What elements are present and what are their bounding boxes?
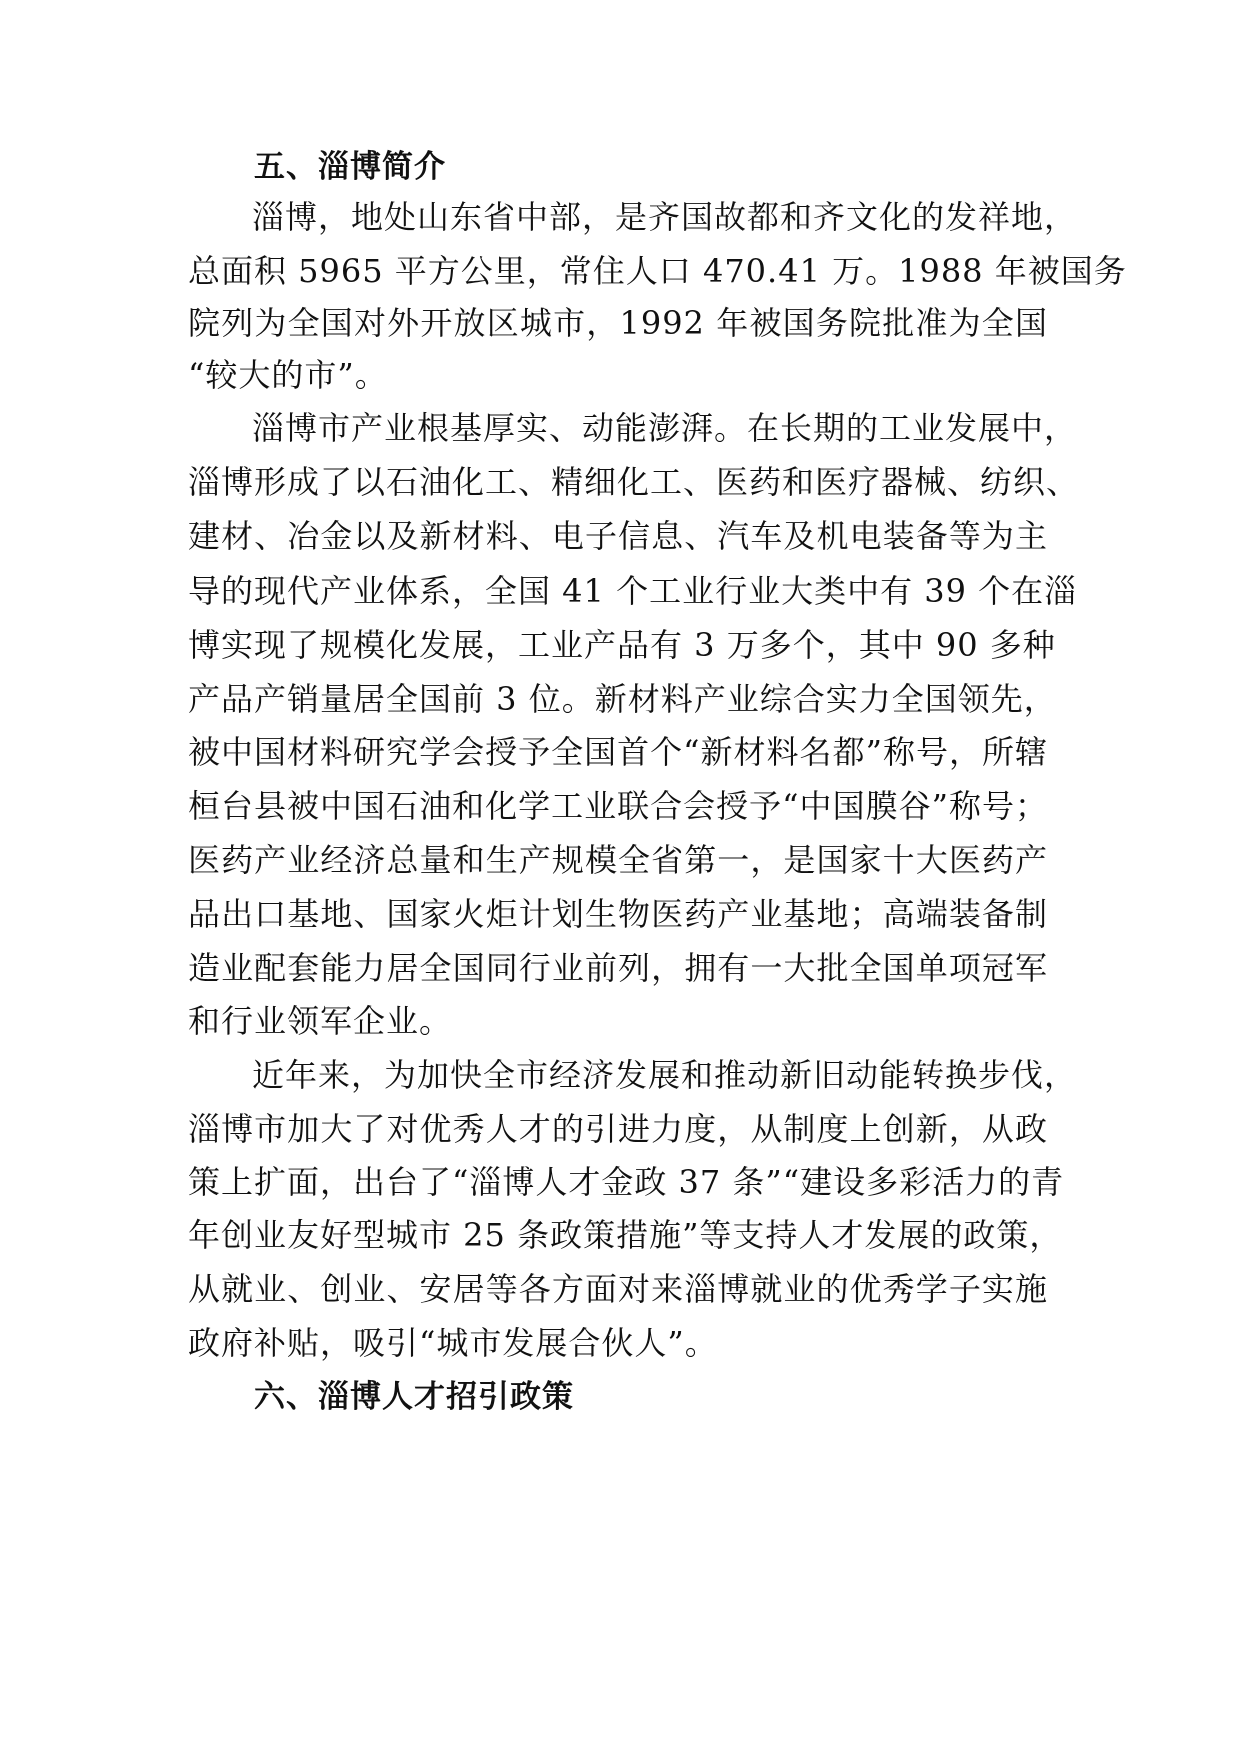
document-page: 五、淄博简介 淄博，地处山东省中部，是齐国故都和齐文化的发祥地， 总面积 596… xyxy=(0,0,1240,1754)
paragraph-1-line-3: 院列为全国对外开放区城市，1992 年被国务院批准为全国 xyxy=(188,298,1048,348)
paragraph-1-line-4: “较大的市”。 xyxy=(188,350,1048,400)
paragraph-3-line-5: 从就业、创业、安居等各方面对来淄博就业的优秀学子实施 xyxy=(188,1264,1048,1314)
paragraph-2-line-9: 医药产业经济总量和生产规模全省第一，是国家十大医药产 xyxy=(188,835,1048,885)
section-heading-talent-policy: 六、淄博人才招引政策 xyxy=(254,1372,574,1422)
paragraph-1-line-1: 淄博，地处山东省中部，是齐国故都和齐文化的发祥地， xyxy=(252,192,1048,242)
paragraph-2-line-3: 建材、冶金以及新材料、电子信息、汽车及机电装备等为主 xyxy=(188,511,1048,561)
paragraph-2-line-8: 桓台县被中国石油和化学工业联合会授予“中国膜谷”称号； xyxy=(188,781,1048,831)
paragraph-2-line-6: 产品产销量居全国前 3 位。新材料产业综合实力全国领先， xyxy=(188,674,1048,724)
paragraph-2-line-2: 淄博形成了以石油化工、精细化工、医药和医疗器械、纺织、 xyxy=(188,457,1048,507)
paragraph-3-line-1: 近年来，为加快全市经济发展和推动新旧动能转换步伐， xyxy=(252,1050,1048,1100)
paragraph-2-line-7: 被中国材料研究学会授予全国首个“新材料名都”称号，所辖 xyxy=(188,727,1048,777)
section-heading-zibo-intro: 五、淄博简介 xyxy=(254,142,446,192)
paragraph-2-line-10: 品出口基地、国家火炬计划生物医药产业基地；高端装备制 xyxy=(188,889,1048,939)
paragraph-3-line-6: 政府补贴，吸引“城市发展合伙人”。 xyxy=(188,1318,1048,1368)
paragraph-2-line-5: 博实现了规模化发展，工业产品有 3 万多个，其中 90 多种 xyxy=(188,620,1048,670)
paragraph-2-line-11: 造业配套能力居全国同行业前列，拥有一大批全国单项冠军 xyxy=(188,943,1048,993)
paragraph-1-line-2: 总面积 5965 平方公里，常住人口 470.41 万。1988 年被国务 xyxy=(188,246,1048,296)
paragraph-2-line-4: 导的现代产业体系，全国 41 个工业行业大类中有 39 个在淄 xyxy=(188,566,1048,616)
paragraph-2-line-12: 和行业领军企业。 xyxy=(188,996,1048,1046)
paragraph-2-line-1: 淄博市产业根基厚实、动能澎湃。在长期的工业发展中， xyxy=(252,403,1048,453)
paragraph-3-line-2: 淄博市加大了对优秀人才的引进力度，从制度上创新，从政 xyxy=(188,1104,1048,1154)
paragraph-3-line-4: 年创业友好型城市 25 条政策措施”等支持人才发展的政策， xyxy=(188,1210,1048,1260)
paragraph-3-line-3: 策上扩面，出台了“淄博人才金政 37 条”“建设多彩活力的青 xyxy=(188,1157,1048,1207)
